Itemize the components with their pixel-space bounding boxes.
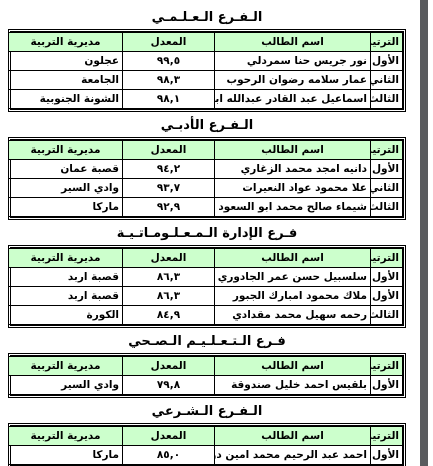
table-border: الترتيب اسم الطالب المعدل مديرية التربية… bbox=[8, 29, 406, 112]
average-cell: ٩٨,٣ bbox=[123, 71, 215, 90]
student-name-cell: بلقيس احمد خليل صندوقة bbox=[215, 376, 371, 395]
col-header-rank: الترتيب bbox=[371, 33, 403, 52]
table-row: الثاني علا محمود عواد النعيرات ٩٣,٧ وادي… bbox=[9, 179, 403, 198]
table-row: الأول سلسبيل حسن عمر الجادوري ٨٦,٣ قصبة … bbox=[9, 268, 403, 287]
directorate-cell: قصبة اربد bbox=[9, 287, 123, 306]
average-cell: ٩٩,٥ bbox=[123, 52, 215, 71]
student-name-cell: سلسبيل حسن عمر الجادوري bbox=[215, 268, 371, 287]
col-header-average: المعدل bbox=[123, 33, 215, 52]
col-header-student-name: اسم الطالب bbox=[215, 249, 371, 268]
header-row: الترتيب اسم الطالب المعدل مديرية التربية bbox=[9, 33, 403, 52]
table-row: الأول ملاك محمود امبارك الجبور ٨٦,٣ قصبة… bbox=[9, 287, 403, 306]
directorate-cell: وادي السير bbox=[9, 376, 123, 395]
average-cell: ٩٨,١ bbox=[123, 90, 215, 109]
section-title-scientific: الـفـرع الـعـلـمـي bbox=[8, 10, 406, 25]
section-sharia: الـفـرع الـشـرعي الترتيب اسم الطالب المع… bbox=[8, 404, 406, 466]
col-header-directorate: مديرية التربية bbox=[9, 249, 123, 268]
rank-cell: الأول bbox=[371, 376, 403, 395]
student-name-cell: رحمه سهيل محمد مقدادي bbox=[215, 306, 371, 325]
col-header-directorate: مديرية التربية bbox=[9, 427, 123, 446]
col-header-average: المعدل bbox=[123, 357, 215, 376]
results-table-sharia: الترتيب اسم الطالب المعدل مديرية التربية… bbox=[8, 426, 403, 465]
rank-cell: الثالث bbox=[371, 90, 403, 109]
results-table-health: الترتيب اسم الطالب المعدل مديرية التربية… bbox=[8, 356, 403, 395]
results-document: الـفـرع الـعـلـمـي الترتيب اسم الطالب ال… bbox=[8, 4, 406, 466]
student-name-cell: اسماعيل عبد القادر عبدالله ابو سليم bbox=[215, 90, 371, 109]
table-row: الثالث شيماء صالح محمد ابو السعود ٩٢,٩ م… bbox=[9, 198, 403, 217]
col-header-rank: الترتيب bbox=[371, 141, 403, 160]
col-header-average: المعدل bbox=[123, 427, 215, 446]
header-row: الترتيب اسم الطالب المعدل مديرية التربية bbox=[9, 249, 403, 268]
student-name-cell: احمد عبد الرحيم محمد امين دوايه bbox=[215, 446, 371, 465]
average-cell: ٨٦,٣ bbox=[123, 287, 215, 306]
results-table-informatics: الترتيب اسم الطالب المعدل مديرية التربية… bbox=[8, 248, 403, 325]
section-literary: الـفـرع الأدبـي الترتيب اسم الطالب المعد… bbox=[8, 118, 406, 220]
table-row: الأول احمد عبد الرحيم محمد امين دوايه ٨٥… bbox=[9, 446, 403, 465]
document-page: الـفـرع الـعـلـمـي الترتيب اسم الطالب ال… bbox=[0, 0, 433, 466]
student-name-cell: دانيه امجد محمد الزغاري bbox=[215, 160, 371, 179]
directorate-cell: قصبة عمان bbox=[9, 160, 123, 179]
section-health: فـرع الـتـعـلـيـم الـصـحي الترتيب اسم ال… bbox=[8, 334, 406, 398]
table-row: الأول نور جريس حنا سمردلي ٩٩,٥ عجلون bbox=[9, 52, 403, 71]
average-cell: ٩٢,٩ bbox=[123, 198, 215, 217]
student-name-cell: علا محمود عواد النعيرات bbox=[215, 179, 371, 198]
section-informatics: فـرع الإدارة الـمـعـلـومـاتـيـة الترتيب … bbox=[8, 226, 406, 328]
directorate-cell: عجلون bbox=[9, 52, 123, 71]
directorate-cell: ماركا bbox=[9, 198, 123, 217]
student-name-cell: عمار سلامه رضوان الرحوب bbox=[215, 71, 371, 90]
header-row: الترتيب اسم الطالب المعدل مديرية التربية bbox=[9, 141, 403, 160]
table-border: الترتيب اسم الطالب المعدل مديرية التربية… bbox=[8, 137, 406, 220]
col-header-student-name: اسم الطالب bbox=[215, 357, 371, 376]
header-row: الترتيب اسم الطالب المعدل مديرية التربية bbox=[9, 357, 403, 376]
table-row: الثاني عمار سلامه رضوان الرحوب ٩٨,٣ الجا… bbox=[9, 71, 403, 90]
table-border: الترتيب اسم الطالب المعدل مديرية التربية… bbox=[8, 353, 406, 398]
rank-cell: الثاني bbox=[371, 71, 403, 90]
col-header-student-name: اسم الطالب bbox=[215, 141, 371, 160]
section-title-informatics: فـرع الإدارة الـمـعـلـومـاتـيـة bbox=[8, 226, 406, 241]
col-header-directorate: مديرية التربية bbox=[9, 33, 123, 52]
col-header-directorate: مديرية التربية bbox=[9, 357, 123, 376]
col-header-rank: الترتيب bbox=[371, 427, 403, 446]
section-title-sharia: الـفـرع الـشـرعي bbox=[8, 404, 406, 419]
col-header-average: المعدل bbox=[123, 249, 215, 268]
directorate-cell: الشونة الجنوبية bbox=[9, 90, 123, 109]
rank-cell: الثاني bbox=[371, 179, 403, 198]
col-header-student-name: اسم الطالب bbox=[215, 427, 371, 446]
directorate-cell: قصبة اربد bbox=[9, 268, 123, 287]
student-name-cell: شيماء صالح محمد ابو السعود bbox=[215, 198, 371, 217]
col-header-directorate: مديرية التربية bbox=[9, 141, 123, 160]
average-cell: ٩٣,٧ bbox=[123, 179, 215, 198]
table-border: الترتيب اسم الطالب المعدل مديرية التربية… bbox=[8, 423, 406, 466]
section-title-literary: الـفـرع الأدبـي bbox=[8, 118, 406, 133]
average-cell: ٨٤,٩ bbox=[123, 306, 215, 325]
rank-cell: الأول bbox=[371, 160, 403, 179]
rank-cell: الثالث bbox=[371, 306, 403, 325]
student-name-cell: نور جريس حنا سمردلي bbox=[215, 52, 371, 71]
directorate-cell: ماركا bbox=[9, 446, 123, 465]
section-title-health: فـرع الـتـعـلـيـم الـصـحي bbox=[8, 334, 406, 349]
header-row: الترتيب اسم الطالب المعدل مديرية التربية bbox=[9, 427, 403, 446]
results-table-scientific: الترتيب اسم الطالب المعدل مديرية التربية… bbox=[8, 32, 403, 109]
directorate-cell: الجامعة bbox=[9, 71, 123, 90]
results-table-literary: الترتيب اسم الطالب المعدل مديرية التربية… bbox=[8, 140, 403, 217]
vertical-scrollbar[interactable] bbox=[420, 0, 428, 466]
student-name-cell: ملاك محمود امبارك الجبور bbox=[215, 287, 371, 306]
average-cell: ٩٤,٢ bbox=[123, 160, 215, 179]
directorate-cell: وادي السير bbox=[9, 179, 123, 198]
average-cell: ٧٩,٨ bbox=[123, 376, 215, 395]
directorate-cell: الكورة bbox=[9, 306, 123, 325]
rank-cell: الثالث bbox=[371, 198, 403, 217]
table-row: الثالث رحمه سهيل محمد مقدادي ٨٤,٩ الكورة bbox=[9, 306, 403, 325]
col-header-rank: الترتيب bbox=[371, 249, 403, 268]
average-cell: ٨٥,٠ bbox=[123, 446, 215, 465]
average-cell: ٨٦,٣ bbox=[123, 268, 215, 287]
rank-cell: الأول bbox=[371, 446, 403, 465]
col-header-average: المعدل bbox=[123, 141, 215, 160]
rank-cell: الأول bbox=[371, 52, 403, 71]
table-row: الأول بلقيس احمد خليل صندوقة ٧٩,٨ وادي ا… bbox=[9, 376, 403, 395]
table-row: الأول دانيه امجد محمد الزغاري ٩٤,٢ قصبة … bbox=[9, 160, 403, 179]
rank-cell: الأول bbox=[371, 268, 403, 287]
table-row: الثالث اسماعيل عبد القادر عبدالله ابو سل… bbox=[9, 90, 403, 109]
table-border: الترتيب اسم الطالب المعدل مديرية التربية… bbox=[8, 245, 406, 328]
section-scientific: الـفـرع الـعـلـمـي الترتيب اسم الطالب ال… bbox=[8, 10, 406, 112]
col-header-student-name: اسم الطالب bbox=[215, 33, 371, 52]
rank-cell: الأول bbox=[371, 287, 403, 306]
col-header-rank: الترتيب bbox=[371, 357, 403, 376]
